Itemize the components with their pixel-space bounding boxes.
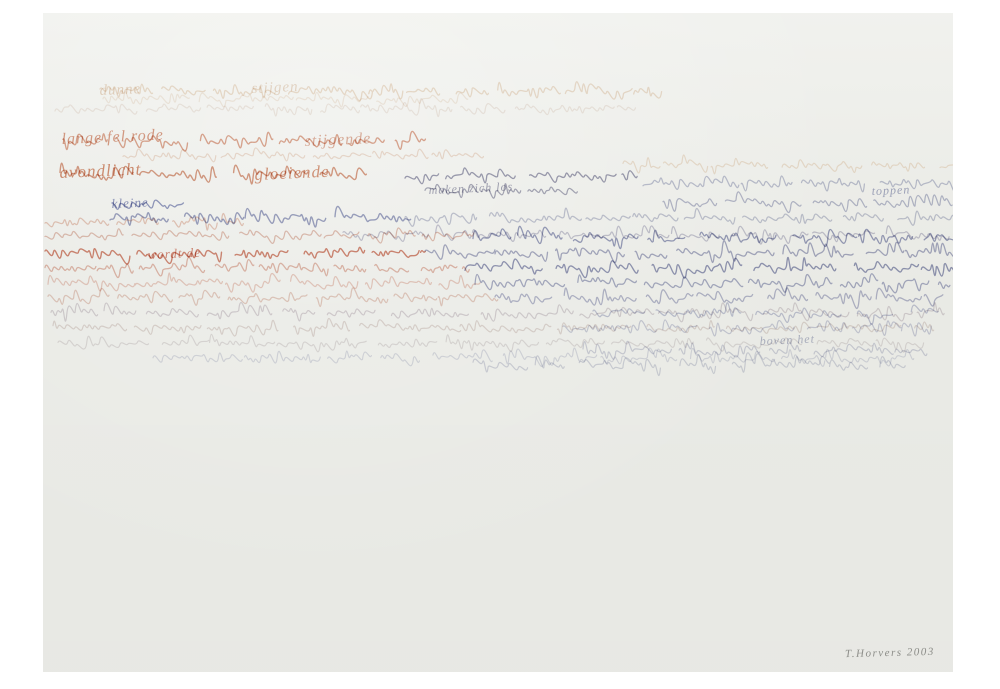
legible-word: avondlicht <box>59 159 142 183</box>
handwriting-row <box>623 155 953 174</box>
handwriting-row <box>343 225 949 244</box>
handwriting-row <box>51 303 944 322</box>
handwriting-row <box>405 168 637 184</box>
handwriting-row <box>473 353 905 376</box>
handwriting-row <box>465 257 953 278</box>
handwriting-row <box>45 257 469 277</box>
handwriting-row <box>495 288 943 309</box>
legible-word: wordt de <box>147 245 201 263</box>
legible-word: boven het <box>759 332 815 349</box>
handwriting-row <box>475 274 950 293</box>
legible-word: gloeiende <box>254 162 330 185</box>
handwriting-row <box>425 241 953 263</box>
handwriting-row <box>100 82 662 101</box>
paper-sheet: dunnestijgenlange fel rodestijgendeavond… <box>43 13 953 672</box>
handwriting-row <box>45 228 474 243</box>
handwriting-scribbles <box>43 13 953 672</box>
legible-word: stijgen <box>251 79 299 98</box>
handwriting-row <box>45 247 425 264</box>
legible-word: stijgende <box>304 130 371 151</box>
handwriting-row <box>405 208 953 226</box>
artwork-photo: dunnestijgenlange fel rodestijgendeavond… <box>0 0 1000 689</box>
handwriting-row <box>45 214 243 230</box>
artist-signature: T.Horvers 2003 <box>845 646 935 660</box>
legible-word: dunne <box>99 81 141 100</box>
handwriting-row <box>123 148 483 162</box>
handwriting-row <box>48 273 480 292</box>
legible-word: toppen <box>871 182 910 199</box>
legible-word: kleine <box>111 194 149 212</box>
handwriting-row <box>110 206 411 227</box>
